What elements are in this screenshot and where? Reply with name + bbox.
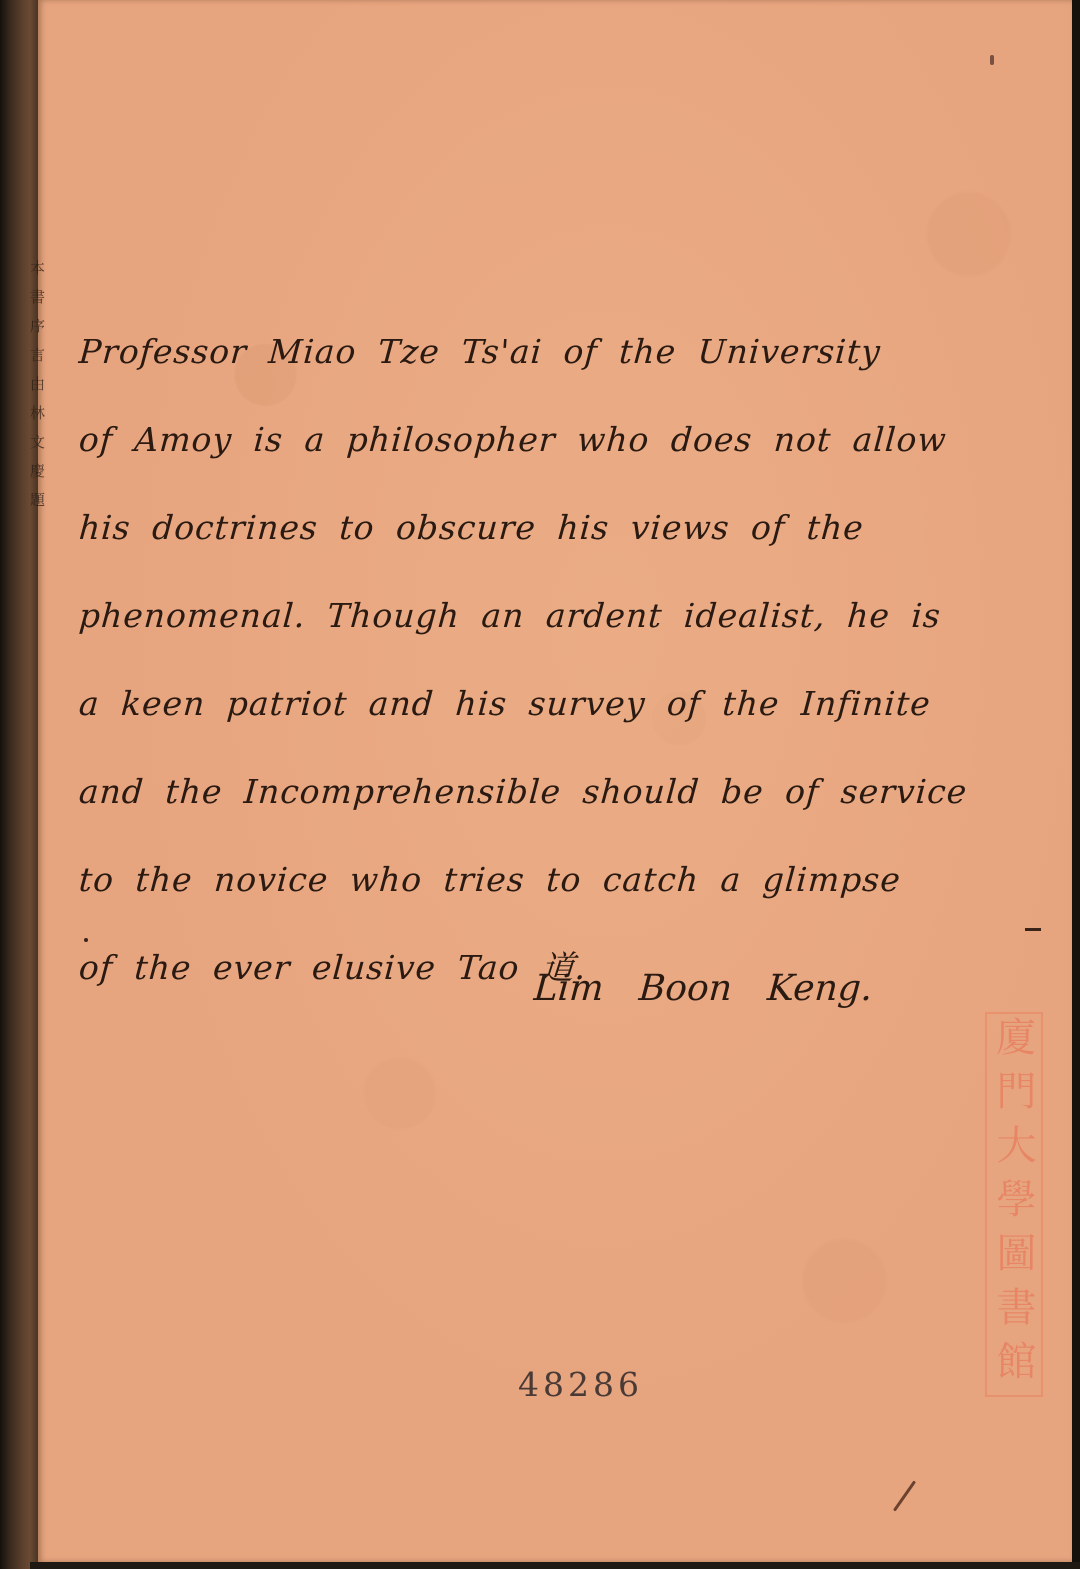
handwriting-line: his doctrines to obscure his views of th… [75,498,921,586]
handwriting-line: and the Incomprehensible should be of se… [75,762,921,850]
handwriting-line: phenomenal. Though an ardent idealist, h… [75,586,921,674]
handwriting-line: of Amoy is a philosopher who does not al… [75,410,921,498]
accession-number: 48286 [518,1365,643,1404]
handwriting-line: Professor Miao Tze Ts'ai of the Universi… [75,322,921,410]
book-binding [0,0,38,1569]
library-seal-stamp: 廈門大學圖書館 [985,1012,1043,1397]
handwriting-line: to the novice who tries to catch a glimp… [75,850,921,938]
spine-bleed-text: 本書序言由林文慶題 [26,260,48,760]
ink-dash [1025,928,1041,931]
signature: Lim Boon Keng. [533,968,874,1009]
handwritten-foreword: Professor Miao Tze Ts'ai of the Universi… [78,322,918,1026]
ink-dot [84,938,88,942]
right-edge [1072,0,1080,1569]
handwriting-line: a keen patriot and his survey of the Inf… [75,674,921,762]
ink-mark [990,55,994,65]
bottom-edge [30,1562,1080,1569]
